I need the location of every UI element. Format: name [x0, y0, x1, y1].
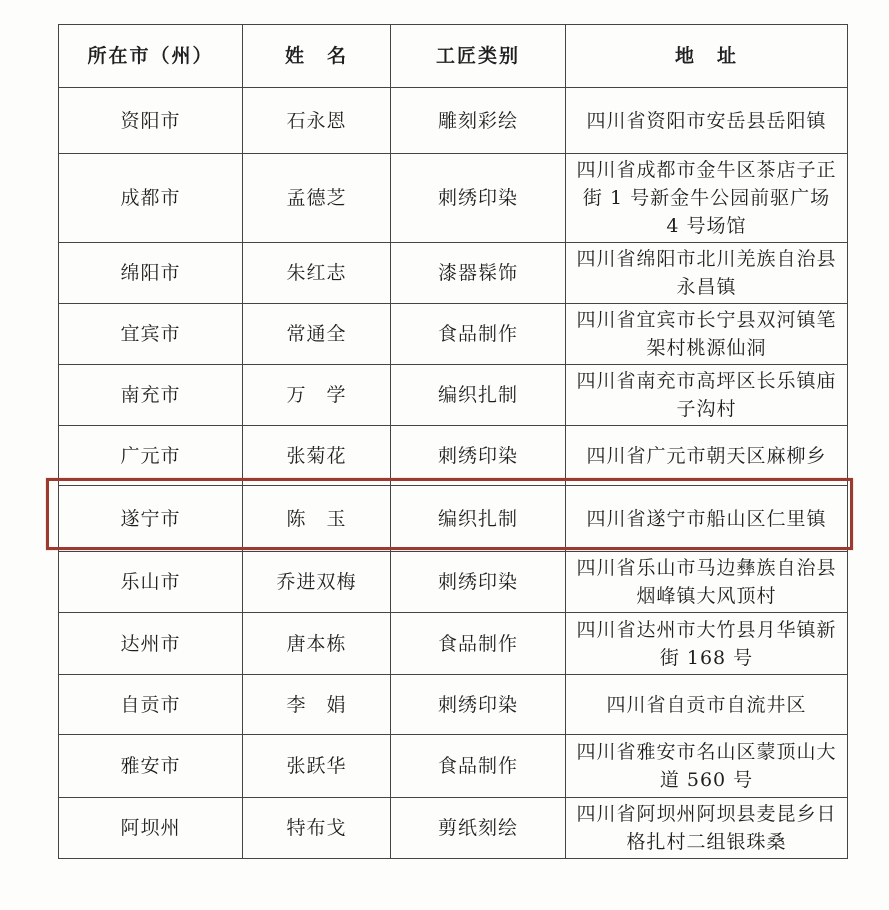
city-cell: 南充市: [59, 365, 243, 426]
address-cell: 四川省南充市高坪区长乐镇庙子沟村: [566, 365, 848, 426]
name-cell: 朱红志: [243, 243, 391, 304]
header-city: 所在市（州）: [59, 25, 243, 88]
city-cell: 遂宁市: [59, 486, 243, 552]
address-cell: 四川省达州市大竹县月华镇新街 168 号: [566, 613, 848, 675]
name-cell: 陈 玉: [243, 486, 391, 552]
name-cell: 孟德芝: [243, 154, 391, 243]
table-row: 成都市 孟德芝 刺绣印染 四川省成都市金牛区茶店子正街 1 号新金牛公园前驱广场…: [59, 154, 848, 243]
city-cell: 阿坝州: [59, 798, 243, 859]
table-row: 自贡市 李 娟 刺绣印染 四川省自贡市自流井区: [59, 675, 848, 735]
table-header-row: 所在市（州） 姓 名 工匠类别 地 址: [59, 25, 848, 88]
category-cell: 食品制作: [391, 735, 566, 798]
category-cell: 编织扎制: [391, 486, 566, 552]
category-cell: 刺绣印染: [391, 154, 566, 243]
category-cell: 编织扎制: [391, 365, 566, 426]
name-cell: 张跃华: [243, 735, 391, 798]
header-name: 姓 名: [243, 25, 391, 88]
city-cell: 雅安市: [59, 735, 243, 798]
city-cell: 资阳市: [59, 88, 243, 154]
table-row: 广元市 张菊花 刺绣印染 四川省广元市朝天区麻柳乡: [59, 426, 848, 486]
city-cell: 广元市: [59, 426, 243, 486]
address-cell: 四川省雅安市名山区蒙顶山大道 560 号: [566, 735, 848, 798]
table-row: 资阳市 石永恩 雕刻彩绘 四川省资阳市安岳县岳阳镇: [59, 88, 848, 154]
scanned-document-page: 所在市（州） 姓 名 工匠类别 地 址 资阳市 石永恩 雕刻彩绘 四川省资阳市安…: [0, 0, 889, 910]
name-cell: 特布戈: [243, 798, 391, 859]
table-row-highlighted: 遂宁市 陈 玉 编织扎制 四川省遂宁市船山区仁里镇: [59, 486, 848, 552]
table-row: 绵阳市 朱红志 漆器髹饰 四川省绵阳市北川羌族自治县永昌镇: [59, 243, 848, 304]
category-cell: 漆器髹饰: [391, 243, 566, 304]
craftsmen-table: 所在市（州） 姓 名 工匠类别 地 址 资阳市 石永恩 雕刻彩绘 四川省资阳市安…: [58, 24, 848, 859]
address-cell: 四川省宜宾市长宁县双河镇笔架村桃源仙洞: [566, 304, 848, 365]
header-category: 工匠类别: [391, 25, 566, 88]
address-cell: 四川省绵阳市北川羌族自治县永昌镇: [566, 243, 848, 304]
city-cell: 宜宾市: [59, 304, 243, 365]
address-cell: 四川省广元市朝天区麻柳乡: [566, 426, 848, 486]
category-cell: 雕刻彩绘: [391, 88, 566, 154]
city-cell: 成都市: [59, 154, 243, 243]
name-cell: 常通全: [243, 304, 391, 365]
table-row: 阿坝州 特布戈 剪纸刻绘 四川省阿坝州阿坝县麦昆乡日格扎村二组银珠桑: [59, 798, 848, 859]
category-cell: 刺绣印染: [391, 552, 566, 613]
city-cell: 乐山市: [59, 552, 243, 613]
address-cell: 四川省资阳市安岳县岳阳镇: [566, 88, 848, 154]
address-cell: 四川省阿坝州阿坝县麦昆乡日格扎村二组银珠桑: [566, 798, 848, 859]
city-cell: 达州市: [59, 613, 243, 675]
table-row: 雅安市 张跃华 食品制作 四川省雅安市名山区蒙顶山大道 560 号: [59, 735, 848, 798]
name-cell: 唐本栋: [243, 613, 391, 675]
address-cell: 四川省乐山市马边彝族自治县烟峰镇大风顶村: [566, 552, 848, 613]
address-cell: 四川省遂宁市船山区仁里镇: [566, 486, 848, 552]
category-cell: 刺绣印染: [391, 426, 566, 486]
category-cell: 食品制作: [391, 304, 566, 365]
category-cell: 食品制作: [391, 613, 566, 675]
name-cell: 李 娟: [243, 675, 391, 735]
city-cell: 自贡市: [59, 675, 243, 735]
category-cell: 剪纸刻绘: [391, 798, 566, 859]
table-row: 宜宾市 常通全 食品制作 四川省宜宾市长宁县双河镇笔架村桃源仙洞: [59, 304, 848, 365]
name-cell: 乔进双梅: [243, 552, 391, 613]
table-row: 乐山市 乔进双梅 刺绣印染 四川省乐山市马边彝族自治县烟峰镇大风顶村: [59, 552, 848, 613]
name-cell: 万 学: [243, 365, 391, 426]
name-cell: 石永恩: [243, 88, 391, 154]
table-row: 南充市 万 学 编织扎制 四川省南充市高坪区长乐镇庙子沟村: [59, 365, 848, 426]
header-address: 地 址: [566, 25, 848, 88]
address-cell: 四川省成都市金牛区茶店子正街 1 号新金牛公园前驱广场 4 号场馆: [566, 154, 848, 243]
name-cell: 张菊花: [243, 426, 391, 486]
category-cell: 刺绣印染: [391, 675, 566, 735]
address-cell: 四川省自贡市自流井区: [566, 675, 848, 735]
city-cell: 绵阳市: [59, 243, 243, 304]
table-row: 达州市 唐本栋 食品制作 四川省达州市大竹县月华镇新街 168 号: [59, 613, 848, 675]
